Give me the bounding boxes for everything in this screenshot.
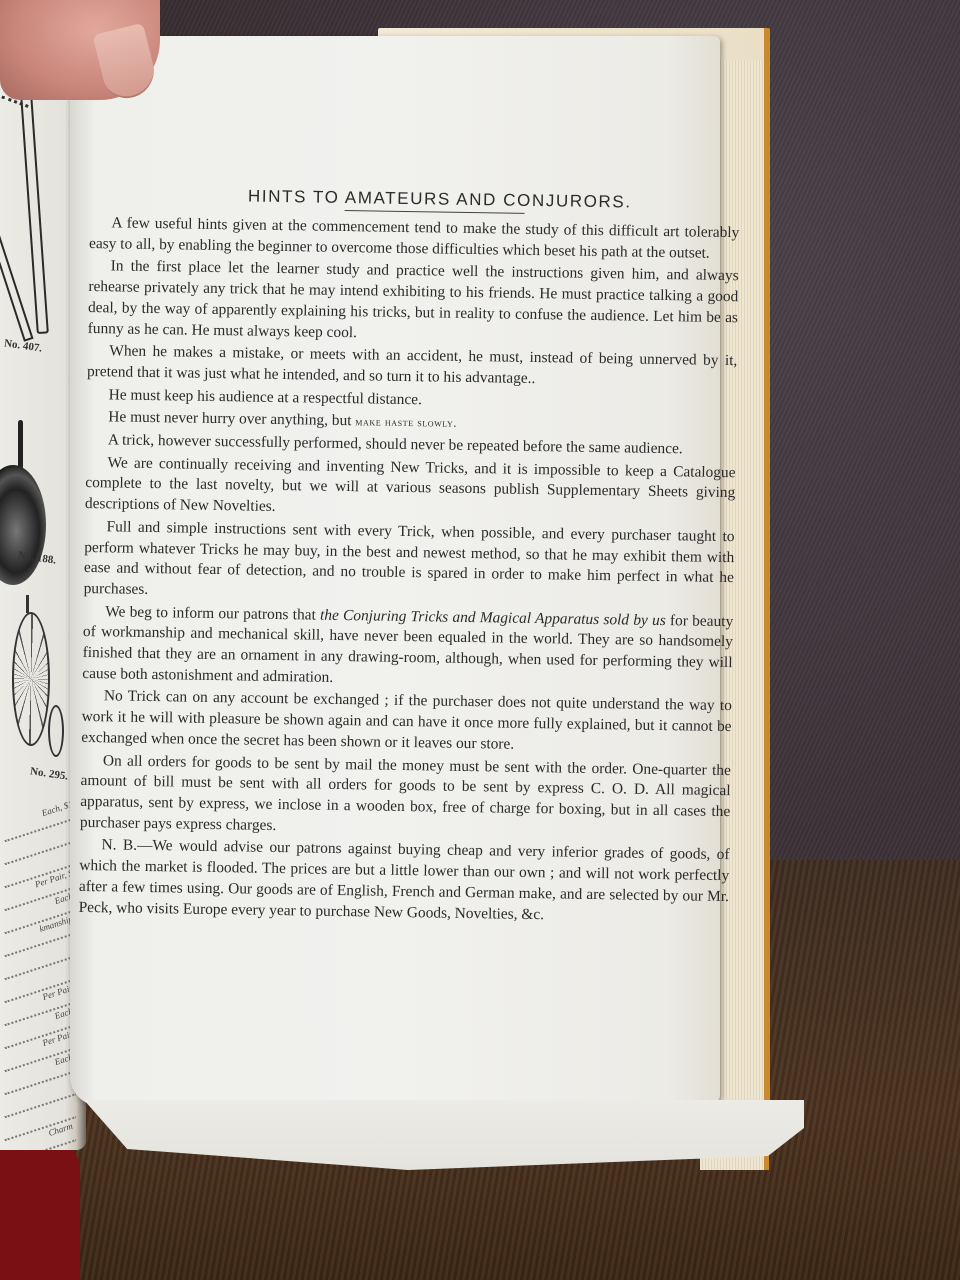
paragraph: In the first place let the learner study… (88, 256, 739, 349)
paragraph: N. B.—We would advise our patrons agains… (78, 835, 729, 928)
patrons-prefix: We beg to inform our patrons that (105, 603, 320, 623)
title-divider (345, 210, 525, 214)
item-number-label: No. 407. (3, 337, 43, 354)
paragraph: A few useful hints given at the commence… (89, 213, 740, 265)
haste-small-caps: make haste slowly. (355, 415, 457, 431)
paragraph: On all orders for goods to be sent by ma… (80, 751, 731, 844)
ring-illustration (0, 465, 46, 585)
bicycle-handlebar-icon (26, 595, 29, 613)
red-cloth (0, 1140, 80, 1280)
tongs-illustration (19, 80, 49, 334)
paragraph: Full and simple instructions sent with e… (83, 517, 734, 610)
page-text: HINTS TO AMATEURS AND CONJURORS. A few u… (78, 184, 739, 930)
bicycle-small-wheel-illustration (48, 705, 64, 757)
paragraph-patrons: We beg to inform our patrons that the Co… (82, 602, 733, 695)
haste-text: He must never hurry over anything, but (108, 409, 355, 430)
bicycle-wheel-illustration (12, 612, 50, 746)
paragraph: No Trick can on any account be exchanged… (81, 686, 732, 758)
item-number-label: No. 295. (29, 765, 69, 782)
holding-thumb (0, 0, 160, 100)
patrons-italic: the Conjuring Tricks and Magical Apparat… (320, 606, 666, 628)
ring-handle-illustration (18, 420, 23, 470)
paragraph: We are continually receiving and inventi… (85, 453, 736, 525)
paragraph: When he makes a mistake, or meets with a… (87, 341, 738, 393)
price-list: Each, $1 Per Pair, $ Each kmanship Per P… (0, 810, 76, 1150)
